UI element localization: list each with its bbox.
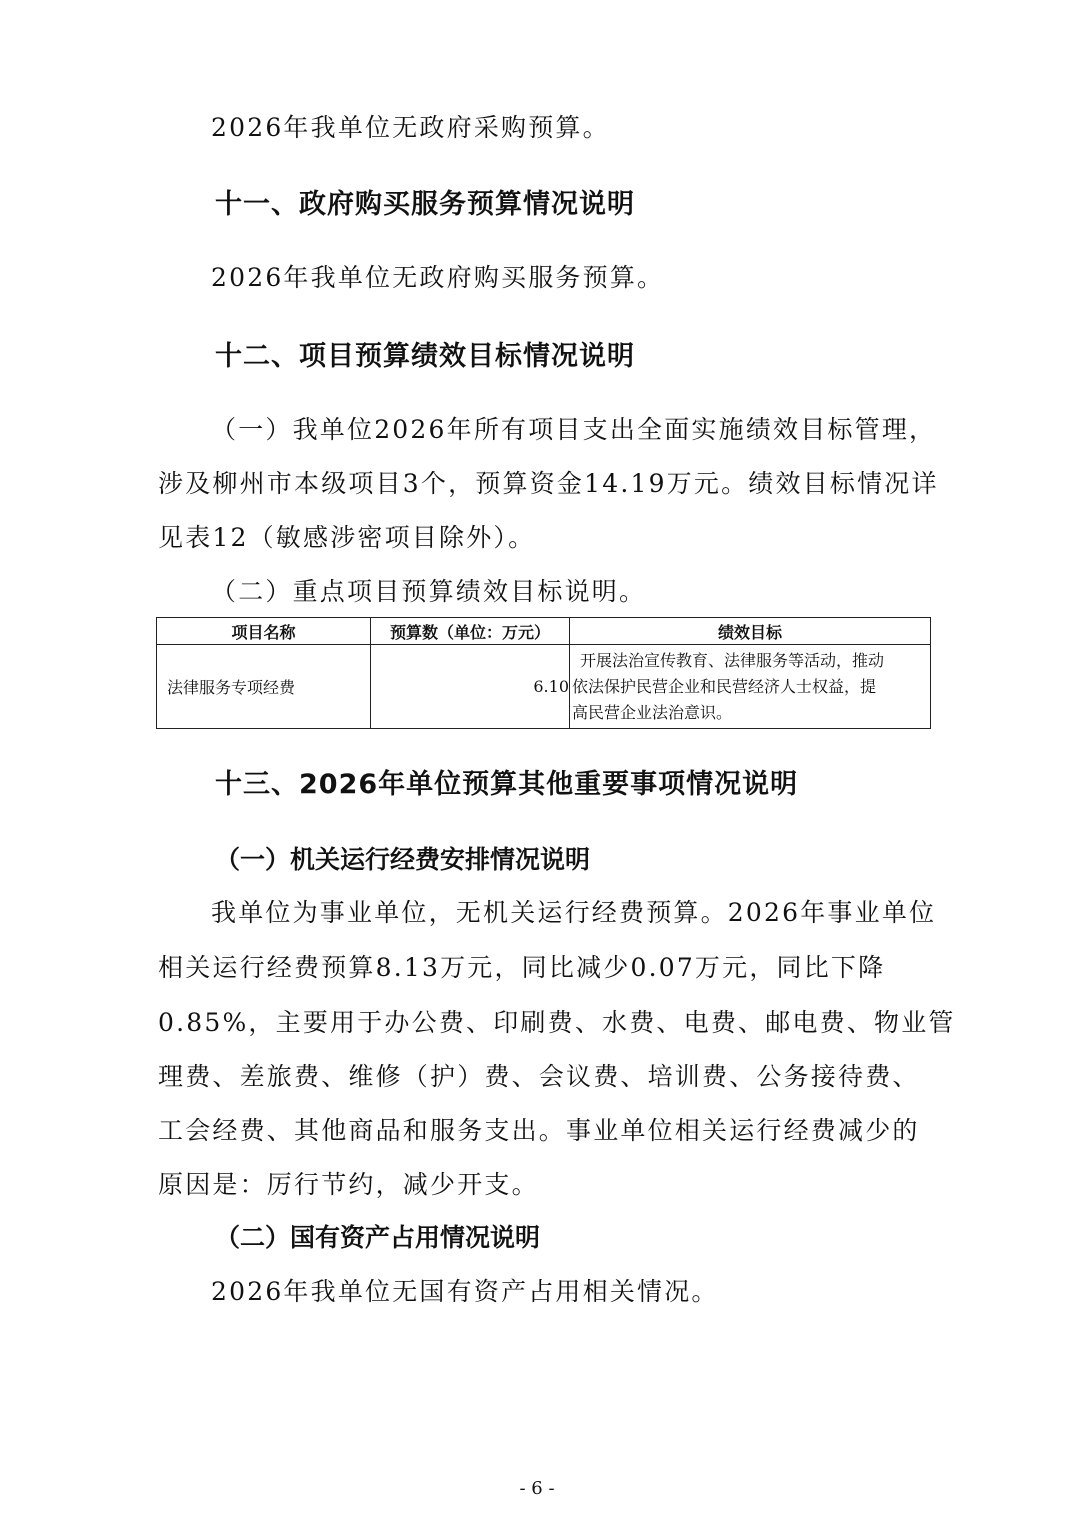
paragraph-no-procurement: 2026年我单位无政府采购预算。: [211, 108, 985, 144]
table-row: 法律服务专项经费 6.10 开展法治宣传教育、法律服务等活动，推动 依法保护民营…: [157, 645, 931, 729]
paragraph-costs-line2: 相关运行经费预算8.13万元，同比减少0.07万元，同比下降: [158, 948, 932, 984]
paragraph-costs-line6: 原因是：厉行节约，减少开支。: [158, 1165, 932, 1201]
paragraph-performance-line1: （一）我单位2026年所有项目支出全面实施绩效目标管理，: [211, 410, 985, 446]
paragraph-costs-line5: 工会经费、其他商品和服务支出。事业单位相关运行经费减少的: [158, 1111, 932, 1147]
performance-goals-table: 项目名称 预算数（单位：万元） 绩效目标 法律服务专项经费 6.10 开展法治宣…: [156, 617, 931, 729]
goal-line-2: 依法保护民营企业和民营经济人士权益，提: [572, 674, 928, 700]
heading-section-12: 十二、项目预算绩效目标情况说明: [215, 334, 635, 373]
table-header-row: 项目名称 预算数（单位：万元） 绩效目标: [157, 618, 931, 645]
column-header-budget: 预算数（单位：万元）: [371, 618, 570, 645]
paragraph-no-service-purchase: 2026年我单位无政府购买服务预算。: [211, 258, 985, 294]
paragraph-costs-line4: 理费、差旅费、维修（护）费、会议费、培训费、公务接待费、: [158, 1057, 932, 1093]
subheading-operating-costs: （一）机关运行经费安排情况说明: [215, 840, 590, 876]
paragraph-performance-line3: 见表12（敏感涉密项目除外）。: [158, 518, 932, 554]
column-header-project-name: 项目名称: [157, 618, 371, 645]
page-number: - 6 -: [0, 1478, 1074, 1499]
paragraph-performance-line2: 涉及柳州市本级项目3个，预算资金14.19万元。绩效目标情况详: [158, 464, 932, 500]
subheading-state-assets: （二）国有资产占用情况说明: [215, 1218, 540, 1254]
cell-goal: 开展法治宣传教育、法律服务等活动，推动 依法保护民营企业和民营经济人士权益，提 …: [570, 645, 931, 729]
heading-section-11: 十一、政府购买服务预算情况说明: [215, 182, 635, 221]
goal-line-3: 高民营企业法治意识。: [572, 700, 928, 726]
paragraph-costs-line1: 我单位为事业单位，无机关运行经费预算。2026年事业单位: [211, 893, 985, 929]
paragraph-no-assets: 2026年我单位无国有资产占用相关情况。: [211, 1272, 985, 1308]
paragraph-costs-line3: 0.85%，主要用于办公费、印刷费、水费、电费、邮电费、物业管: [158, 1003, 932, 1039]
paragraph-key-projects: （二）重点项目预算绩效目标说明。: [211, 572, 985, 608]
goal-line-1: 开展法治宣传教育、法律服务等活动，推动: [572, 648, 928, 674]
heading-section-13: 十三、2026年单位预算其他重要事项情况说明: [215, 762, 798, 801]
cell-budget-amount: 6.10: [371, 645, 570, 729]
cell-project-name: 法律服务专项经费: [157, 645, 371, 729]
column-header-goal: 绩效目标: [570, 618, 931, 645]
